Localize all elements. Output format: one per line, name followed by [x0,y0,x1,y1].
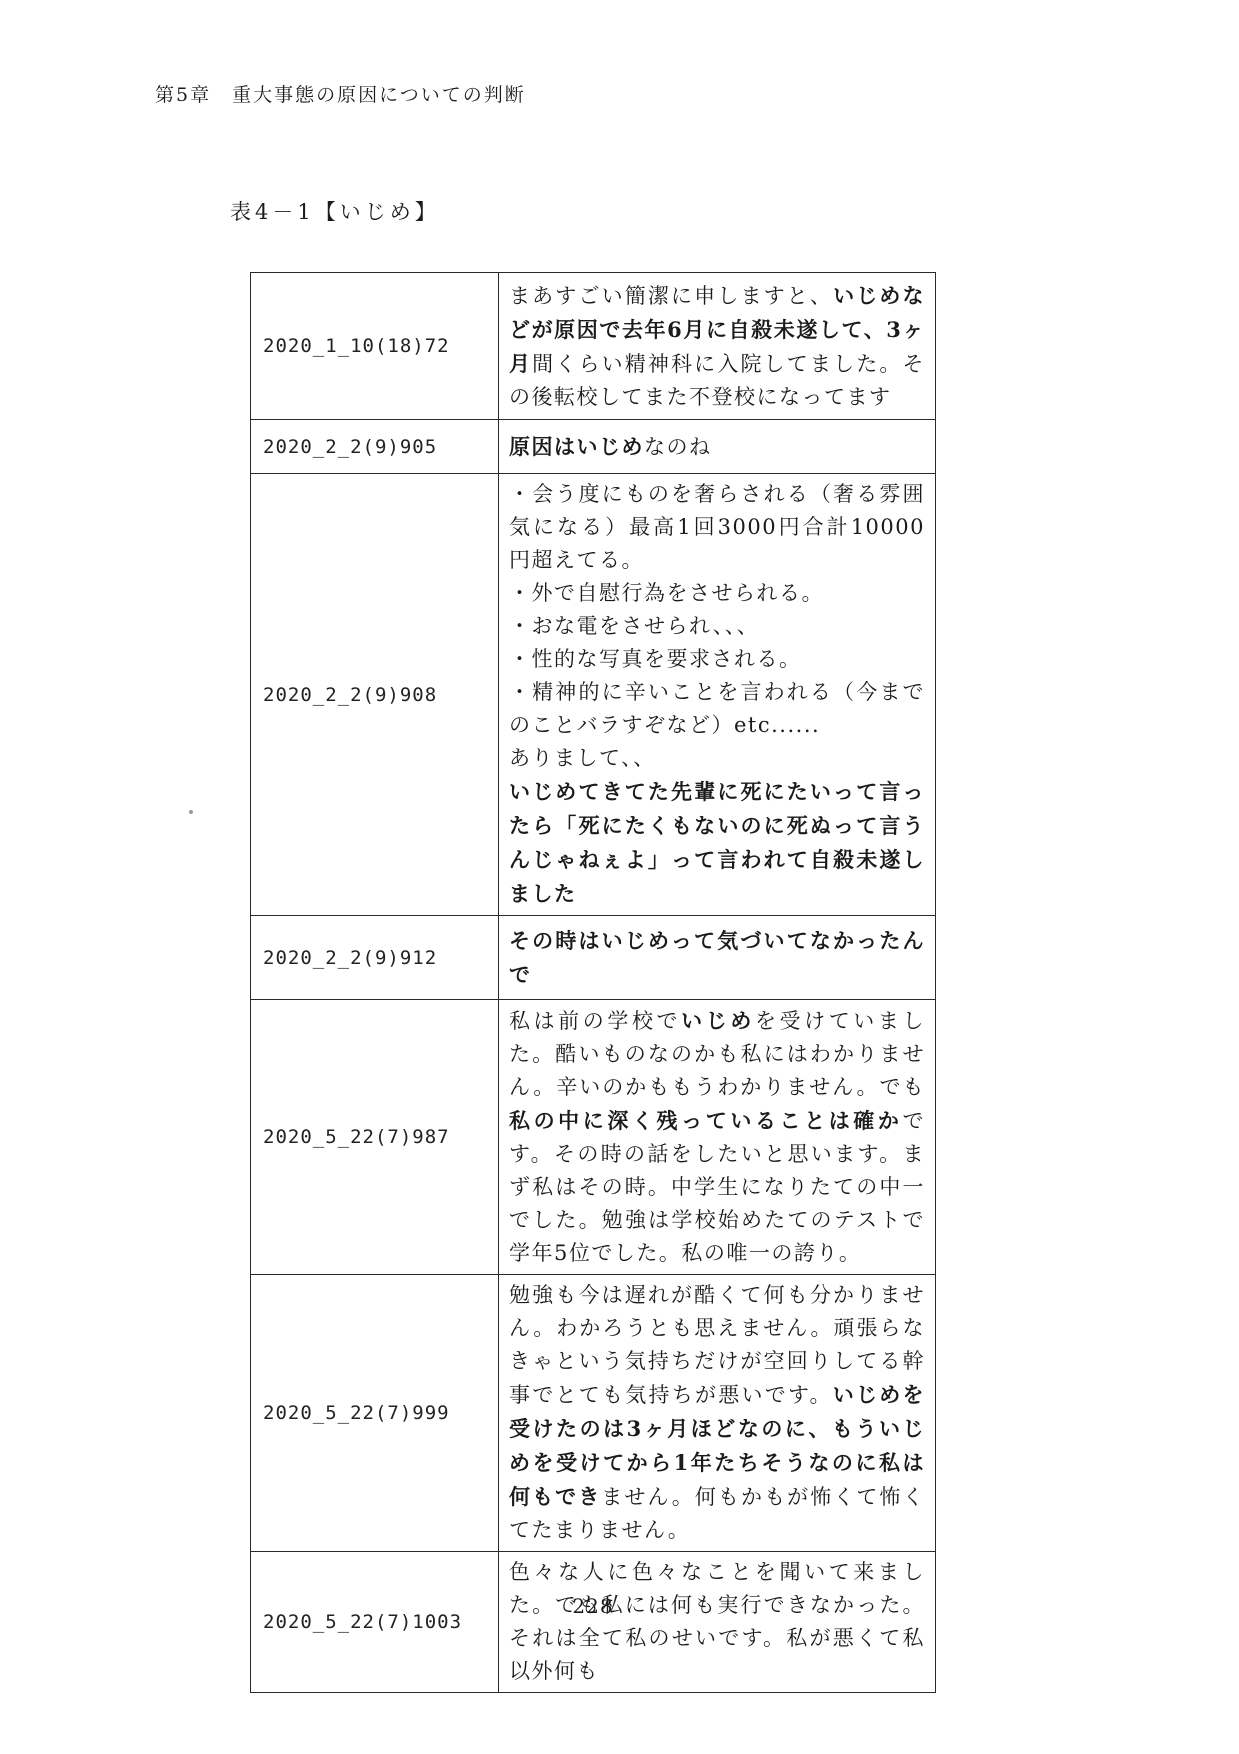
entry-id: 2020_5_22(7)999 [251,1275,499,1552]
entry-id: 2020_2_2(9)905 [251,420,499,474]
entry-id: 2020_1_10(18)72 [251,273,499,420]
entry-text: まあすごい簡潔に申しますと、いじめなどが原因で去年6月に自殺未遂して、3ヶ月間く… [499,273,936,420]
table-body: 2020_1_10(18)72まあすごい簡潔に申しますと、いじめなどが原因で去年… [251,273,936,1693]
entry-text-segment: 私は前の学校で [509,1009,681,1033]
table-row: 2020_5_22(7)987私は前の学校でいじめを受けていました。酷いものなの… [251,1000,936,1275]
scan-stray-mark [189,810,193,814]
entry-text-bold-segment: 私の中に深く残っていることは確か [509,1108,903,1133]
table-row: 2020_1_10(18)72まあすごい簡潔に申しますと、いじめなどが原因で去年… [251,273,936,420]
entry-text: その時はいじめって気づいてなかったんで [499,916,936,1000]
entry-text-segment: 間くらい精神科に入院してました。その後転校してまた不登校になってます [509,352,925,409]
entry-id: 2020_5_22(7)987 [251,1000,499,1275]
entry-text-segment: まあすごい簡潔に申しますと、 [509,284,833,308]
table-row: 2020_5_22(7)999勉強も今は遅れが酷くて何も分かりません。わかろうと… [251,1275,936,1552]
entry-id: 2020_2_2(9)908 [251,474,499,916]
page-number: 228 [250,1594,936,1618]
document-page: 第5章 重大事態の原因についての判断 表4－1【いじめ】 2020_1_10(1… [0,0,1239,1754]
entry-text: 色々な人に色々なことを聞いて来ました。でも私には何も実行できなかった。それは全て… [499,1552,936,1693]
entry-text-bold-segment: いじめてきてた先輩に死にたいって言ったら「死にたくもないのに死ぬって言うんじゃね… [509,779,925,906]
entry-text: ・会う度にものを奢らされる（奢る雰囲気になる）最高1回3000円合計10000円… [499,474,936,916]
entry-text-segment: ・会う度にものを奢らされる（奢る雰囲気になる）最高1回3000円合計10000円… [509,482,925,770]
ijime-excerpt-table: 2020_1_10(18)72まあすごい簡潔に申しますと、いじめなどが原因で去年… [250,272,936,1693]
entry-id: 2020_5_22(7)1003 [251,1552,499,1693]
table-row: 2020_2_2(9)905原因はいじめなのね [251,420,936,474]
entry-text-bold-segment: その時はいじめって気づいてなかったんで [509,928,925,987]
entry-text-bold-segment: 原因はいじめ [509,434,644,459]
entry-text-segment: なのね [644,435,712,459]
entry-text: 私は前の学校でいじめを受けていました。酷いものなのかも私にはわかりません。辛いの… [499,1000,936,1275]
table-caption: 表4－1【いじめ】 [230,196,440,226]
table-row: 2020_2_2(9)912その時はいじめって気づいてなかったんで [251,916,936,1000]
entry-id: 2020_2_2(9)912 [251,916,499,1000]
table-row: 2020_5_22(7)1003色々な人に色々なことを聞いて来ました。でも私には… [251,1552,936,1693]
table-row: 2020_2_2(9)908・会う度にものを奢らされる（奢る雰囲気になる）最高1… [251,474,936,916]
chapter-header: 第5章 重大事態の原因についての判断 [155,80,526,107]
entry-text: 勉強も今は遅れが酷くて何も分かりません。わかろうとも思えません。頑張らなきゃとい… [499,1275,936,1552]
entry-text: 原因はいじめなのね [499,420,936,474]
entry-text-bold-segment: いじめ [681,1008,755,1033]
entry-text-segment: 色々な人に色々なことを聞いて来ました。でも私には何も実行できなかった。それは全て… [509,1560,925,1683]
